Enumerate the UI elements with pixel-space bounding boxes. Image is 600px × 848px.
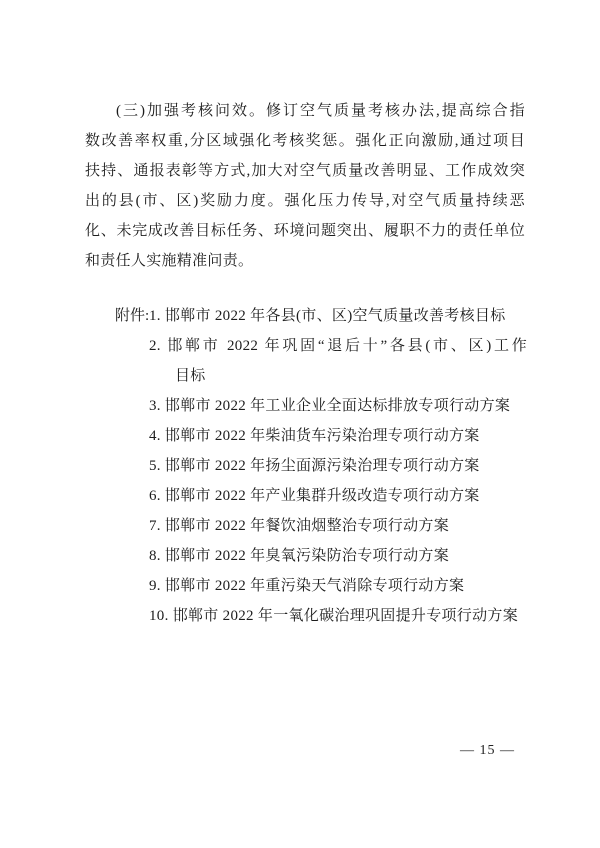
body-paragraph: (三)加强考核问效。修订空气质量考核办法,提高综合指 数改善率权重,分区域强化考…: [85, 96, 525, 276]
attachment-item-10: 10. 邯郸市 2022 年一氧化碳治理巩固提升专项行动方案: [115, 601, 527, 631]
attachment-item-3: 3. 邯郸市 2022 年工业企业全面达标排放专项行动方案: [115, 391, 527, 421]
paragraph-line-5: 化、未完成改善目标任务、环境问题突出、履职不力的责任单位: [85, 216, 525, 246]
document-page: (三)加强考核问效。修订空气质量考核办法,提高综合指 数改善率权重,分区域强化考…: [0, 0, 600, 848]
attachment-item-7: 7. 邯郸市 2022 年餐饮油烟整治专项行动方案: [115, 511, 527, 541]
paragraph-line-4: 出的县(市、区)奖励力度。强化压力传导,对空气质量持续恶: [85, 186, 525, 216]
attachment-label: 附件:: [115, 301, 149, 331]
paragraph-line-3: 扶持、通报表彰等方式,加大对空气质量改善明显、工作成效突: [85, 156, 525, 186]
attachment-item-8: 8. 邯郸市 2022 年臭氧污染防治专项行动方案: [115, 541, 527, 571]
attachment-item-1-text: 1. 邯郸市 2022 年各县(市、区)空气质量改善考核目标: [149, 308, 506, 324]
attachment-item-9: 9. 邯郸市 2022 年重污染天气消除专项行动方案: [115, 571, 527, 601]
paragraph-line-1: (三)加强考核问效。修订空气质量考核办法,提高综合指: [85, 96, 525, 126]
attachment-item-5: 5. 邯郸市 2022 年扬尘面源污染治理专项行动方案: [115, 451, 527, 481]
attachment-item-6: 6. 邯郸市 2022 年产业集群升级改造专项行动方案: [115, 481, 527, 511]
paragraph-line-2: 数改善率权重,分区域强化考核奖惩。强化正向激励,通过项目: [85, 126, 525, 156]
attachment-item-2: 2. 邯郸市 2022 年巩固“退后十”各县(市、区)工作: [115, 331, 527, 361]
paragraph-line-1-text: 修订空气质量考核办法,提高综合指: [266, 103, 525, 119]
page-number: — 15 —: [460, 741, 515, 761]
attachment-item-4: 4. 邯郸市 2022 年柴油货车污染治理专项行动方案: [115, 421, 527, 451]
attachment-list: 附件:1. 邯郸市 2022 年各县(市、区)空气质量改善考核目标 2. 邯郸市…: [115, 301, 527, 631]
attachment-item-2-continuation: 目标: [115, 361, 527, 391]
paragraph-line-6: 和责任人实施精准问责。: [85, 246, 525, 276]
section-heading: (三)加强考核问效。: [116, 103, 266, 119]
attachment-item-1: 附件:1. 邯郸市 2022 年各县(市、区)空气质量改善考核目标: [115, 301, 527, 331]
